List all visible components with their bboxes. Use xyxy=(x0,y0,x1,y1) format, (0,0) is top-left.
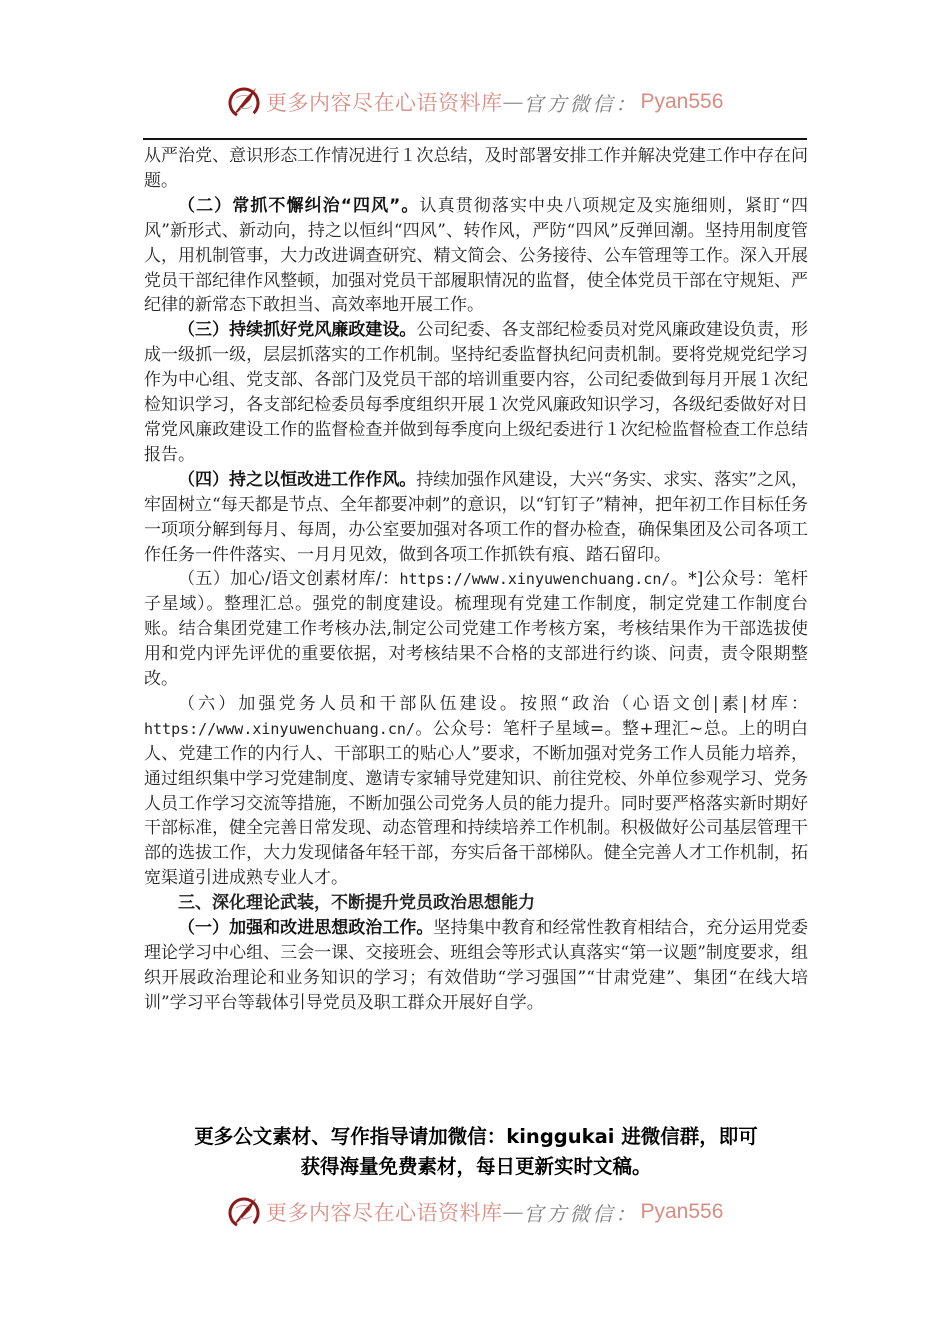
paragraph-heading: （一）加强和改进思想政治工作。 xyxy=(178,918,433,938)
paragraph-text-pre: （六）加强党务人员和干部队伍建设。按照“政治（心语文创|素|材库： xyxy=(178,694,808,714)
banner-official-label: 官方微信： xyxy=(524,88,639,117)
section-heading: 三、深化理论武装，不断提升党员政治思想能力 xyxy=(144,891,808,916)
banner-official-label: 官方微信： xyxy=(524,1198,639,1227)
paragraph-text-pre: （五）加心/语文创素材库/： xyxy=(178,569,399,589)
promo-line-1: 更多公文素材、写作指导请加微信：kinggukai 进微信群，即可 xyxy=(144,1122,808,1152)
promo-notice: 更多公文素材、写作指导请加微信：kinggukai 进微信群，即可 获得海量免费… xyxy=(144,1122,808,1182)
url-link[interactable]: https://www.xinyuwenchuang.cn/ xyxy=(399,570,670,588)
quill-pen-logo-icon xyxy=(226,84,262,120)
document-body: 从严治党、意识形态工作情况进行１次总结，及时部署安排工作并解决党建工作中存在问题… xyxy=(144,144,808,1016)
banner-dash: — xyxy=(503,90,524,114)
paragraph-clean-governance: （三）持续抓好党风廉政建设。公司纪委、各支部纪检委员对党风廉政建设负责，形成一级… xyxy=(144,318,808,467)
banner-lead-text: 更多内容尽在心语资料库 xyxy=(266,1197,503,1227)
paragraph-text: 公司纪委、各支部纪检委员对党风廉政建设负责，形成一级抓一级，层层抓落实的工作机制… xyxy=(144,320,808,465)
banner-lead-text: 更多内容尽在心语资料库 xyxy=(266,87,503,117)
banner-wechat-id: Pyan556 xyxy=(641,1200,724,1224)
quill-pen-logo-icon xyxy=(226,1194,262,1230)
paragraph-heading: （四）持之以恒改进工作作风。 xyxy=(178,470,416,490)
paragraph-text-post: 。公众号：笔杆子星域=。整+理汇~总。上的明白人、党建工作的内行人、干部职工的贴… xyxy=(144,719,808,888)
paragraph-work-style: （四）持之以恒改进工作作风。持续加强作风建设，大兴“务实、求实、落实”之风，牢固… xyxy=(144,468,808,568)
footer-banner: 更多内容尽在心语资料库 — 官方微信： Pyan556 xyxy=(226,1192,726,1232)
paragraph-heading: （二）常抓不懈纠治“四风”。 xyxy=(178,196,420,216)
header-banner: 更多内容尽在心语资料库 — 官方微信： Pyan556 xyxy=(226,82,726,122)
paragraph-heading: （三）持续抓好党风廉政建设。 xyxy=(178,320,416,340)
url-link[interactable]: https://www.xinyuwenchuang.cn/ xyxy=(144,720,415,738)
banner-wechat-id: Pyan556 xyxy=(641,90,724,114)
promo-line-2: 获得海量免费素材，每日更新实时文稿。 xyxy=(144,1152,808,1182)
header-divider xyxy=(143,138,807,140)
paragraph-cadre-team: （六）加强党务人员和干部队伍建设。按照“政治（心语文创|素|材库：https:/… xyxy=(144,692,808,891)
paragraph-continuation: 从严治党、意识形态工作情况进行１次总结，及时部署安排工作并解决党建工作中存在问题… xyxy=(144,144,808,194)
banner-dash: — xyxy=(503,1200,524,1224)
paragraph-four-winds: （二）常抓不懈纠治“四风”。认真贯彻落实中央八项规定及实施细则，紧盯“四风”新形… xyxy=(144,194,808,319)
paragraph-ideological-work: （一）加强和改进思想政治工作。坚持集中教育和经常性教育相结合，充分运用党委理论学… xyxy=(144,916,808,1016)
paragraph-system-building: （五）加心/语文创素材库/：https://www.xinyuwenchuang… xyxy=(144,567,808,692)
document-page: 更多内容尽在心语资料库 — 官方微信： Pyan556 从严治党、意识形态工作情… xyxy=(0,0,950,1344)
